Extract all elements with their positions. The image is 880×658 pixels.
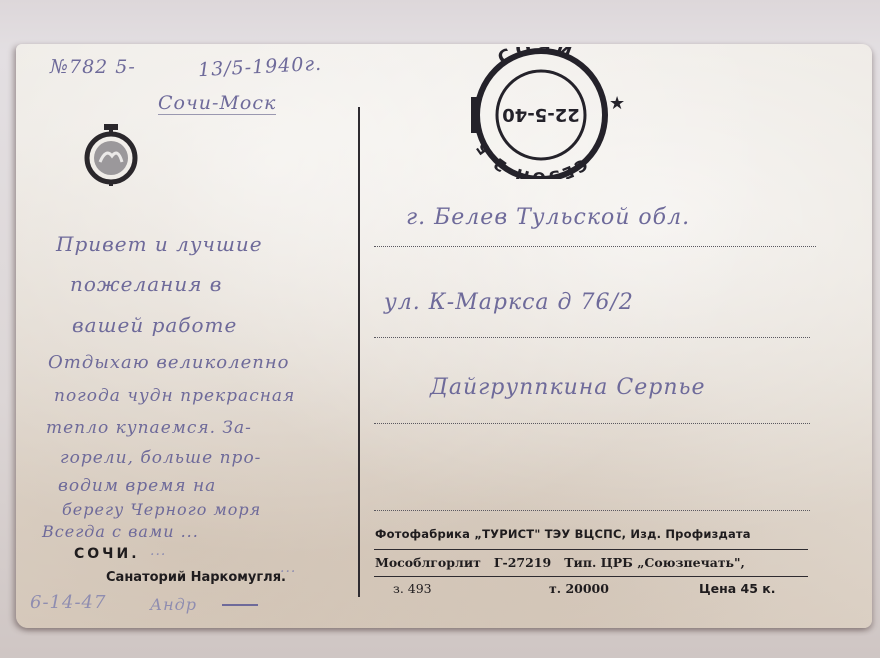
address-rule (374, 246, 816, 247)
address-rule (374, 423, 810, 424)
address-line-recipient: Дайгруппкина Серпье (430, 375, 705, 400)
publisher-emblem-icon (82, 122, 142, 186)
caption-subtitle: Санаторий Наркомугля. (106, 570, 286, 585)
address-line-city: г. Белев Тульской обл. (406, 205, 690, 230)
message-line: берегу Черного моря (62, 500, 261, 519)
message-line: ... (150, 543, 166, 559)
imprint-rule (374, 549, 808, 550)
signature-flourish (222, 604, 258, 606)
message-line: горели, больше про- (60, 448, 261, 468)
imprint-license: Мособлгорлит Г-27219 Тип. ЦРБ „Союзпечат… (375, 555, 745, 570)
vertical-divider (358, 107, 360, 597)
message-line: пожелания в (70, 272, 222, 296)
svg-text:СОЧИ: СОЧИ (494, 47, 578, 69)
reference-number: №782 5- (50, 56, 136, 78)
handwritten-route: Сочи-Моск (158, 92, 276, 115)
signature-date: 6-14-47 (30, 592, 106, 613)
imprint-rule (374, 576, 808, 577)
imprint-order: з. 493 (393, 581, 432, 596)
imprint-print-run: т. 20000 (549, 581, 609, 596)
caption-city: СОЧИ. (74, 546, 140, 562)
message-line: Привет и лучшие (56, 232, 263, 256)
message-line: тепло купаемся. За- (46, 418, 252, 438)
postmark-icon: СОЧИ СЕЗОН-2-5 22-5-40 ★ (453, 47, 631, 179)
message-line: Отдыхаю великолепно (48, 352, 290, 373)
imprint-price: Цена 45 к. (699, 581, 775, 596)
postmark-date: 22-5-40 (502, 104, 580, 125)
address-rule (374, 510, 810, 511)
message-line: погода чудн прекрасная (54, 386, 295, 406)
signature: Андр (150, 595, 197, 614)
message-line: водим время на (58, 476, 216, 496)
address-line-street: ул. К-Маркса д 76/2 (384, 290, 634, 315)
postmark-star: ★ (609, 93, 625, 113)
imprint-publisher: Фотофабрика „ТУРИСТ" ТЭУ ВЦСПС, Изд. Про… (375, 527, 751, 541)
message-line: вашей работе (72, 313, 237, 337)
postmark-top-text: СОЧИ (494, 47, 578, 69)
address-rule (374, 337, 810, 338)
message-line: Всегда с вами ... (42, 522, 199, 541)
